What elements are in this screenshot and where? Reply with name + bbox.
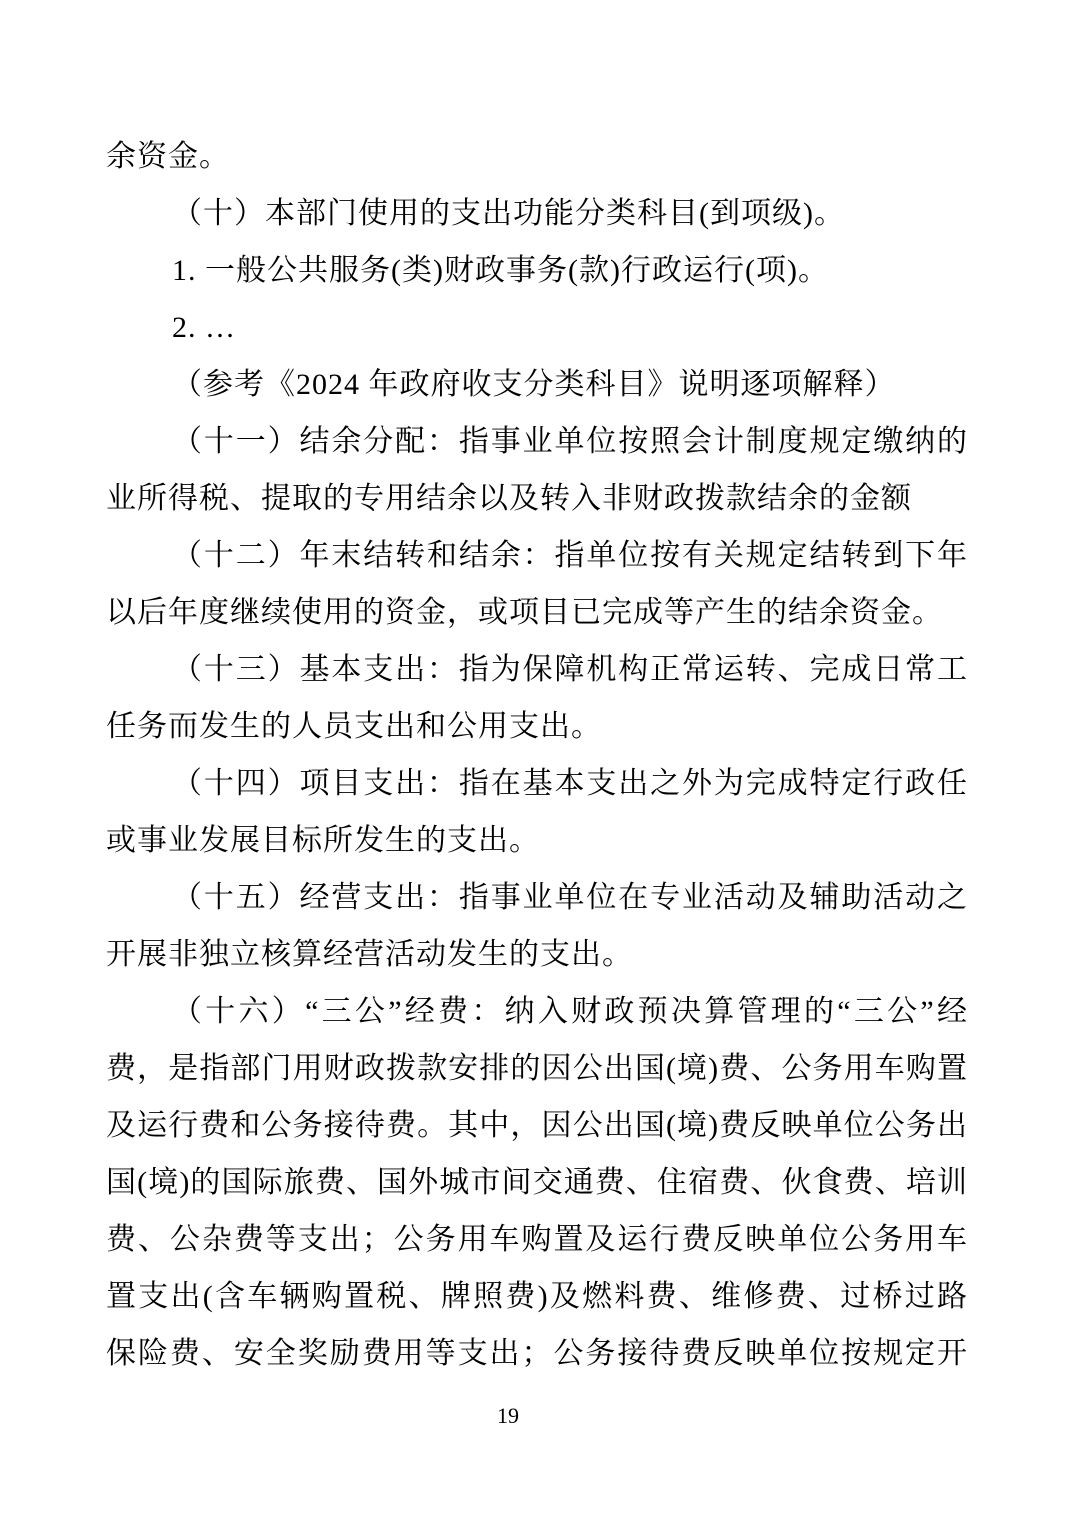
text-line: （十一）结余分配：指事业单位按照会计制度规定缴纳的企: [106, 413, 968, 470]
document-body: 余资金。（十）本部门使用的支出功能分类科目(到项级)。1. 一般公共服务(类)财…: [106, 128, 968, 1382]
text-line: （十二）年末结转和结余：指单位按有关规定结转到下年或: [106, 527, 968, 584]
text-line: 开展非独立核算经营活动发生的支出。: [106, 926, 968, 983]
text-line: （十五）经营支出：指事业单位在专业活动及辅助活动之外: [106, 869, 968, 926]
document-page: 余资金。（十）本部门使用的支出功能分类科目(到项级)。1. 一般公共服务(类)财…: [0, 0, 1074, 1520]
text-line: （十六）“三公”经费：纳入财政预决算管理的“三公”经: [106, 983, 968, 1040]
text-line: （十四）项目支出：指在基本支出之外为完成特定行政任务: [106, 755, 968, 812]
text-line: 2. …: [106, 299, 968, 356]
text-line: 业所得税、提取的专用结余以及转入非财政拨款结余的金额等。: [106, 470, 968, 527]
page-number: 19: [0, 1402, 1016, 1430]
text-line: 以后年度继续使用的资金，或项目已完成等产生的结余资金。: [106, 584, 968, 641]
text-line: （参考《2024 年政府收支分类科目》说明逐项解释）: [106, 356, 968, 413]
text-line: 任务而发生的人员支出和公用支出。: [106, 698, 968, 755]
text-line: 置支出(含车辆购置税、牌照费)及燃料费、维修费、过桥过路费、: [106, 1268, 968, 1325]
text-line: （十）本部门使用的支出功能分类科目(到项级)。: [106, 185, 968, 242]
text-line: 及运行费和公务接待费。其中，因公出国(境)费反映单位公务出: [106, 1097, 968, 1154]
text-line: （十三）基本支出：指为保障机构正常运转、完成日常工作: [106, 641, 968, 698]
text-line: 或事业发展目标所发生的支出。: [106, 812, 968, 869]
text-line: 余资金。: [106, 128, 968, 185]
text-line: 1. 一般公共服务(类)财政事务(款)行政运行(项)。: [106, 242, 968, 299]
text-line: 国(境)的国际旅费、国外城市间交通费、住宿费、伙食费、培训: [106, 1154, 968, 1211]
text-line: 保险费、安全奖励费用等支出；公务接待费反映单位按规定开支: [106, 1325, 968, 1382]
text-line: 费，是指部门用财政拨款安排的因公出国(境)费、公务用车购置: [106, 1040, 968, 1097]
text-line: 费、公杂费等支出；公务用车购置及运行费反映单位公务用车购: [106, 1211, 968, 1268]
